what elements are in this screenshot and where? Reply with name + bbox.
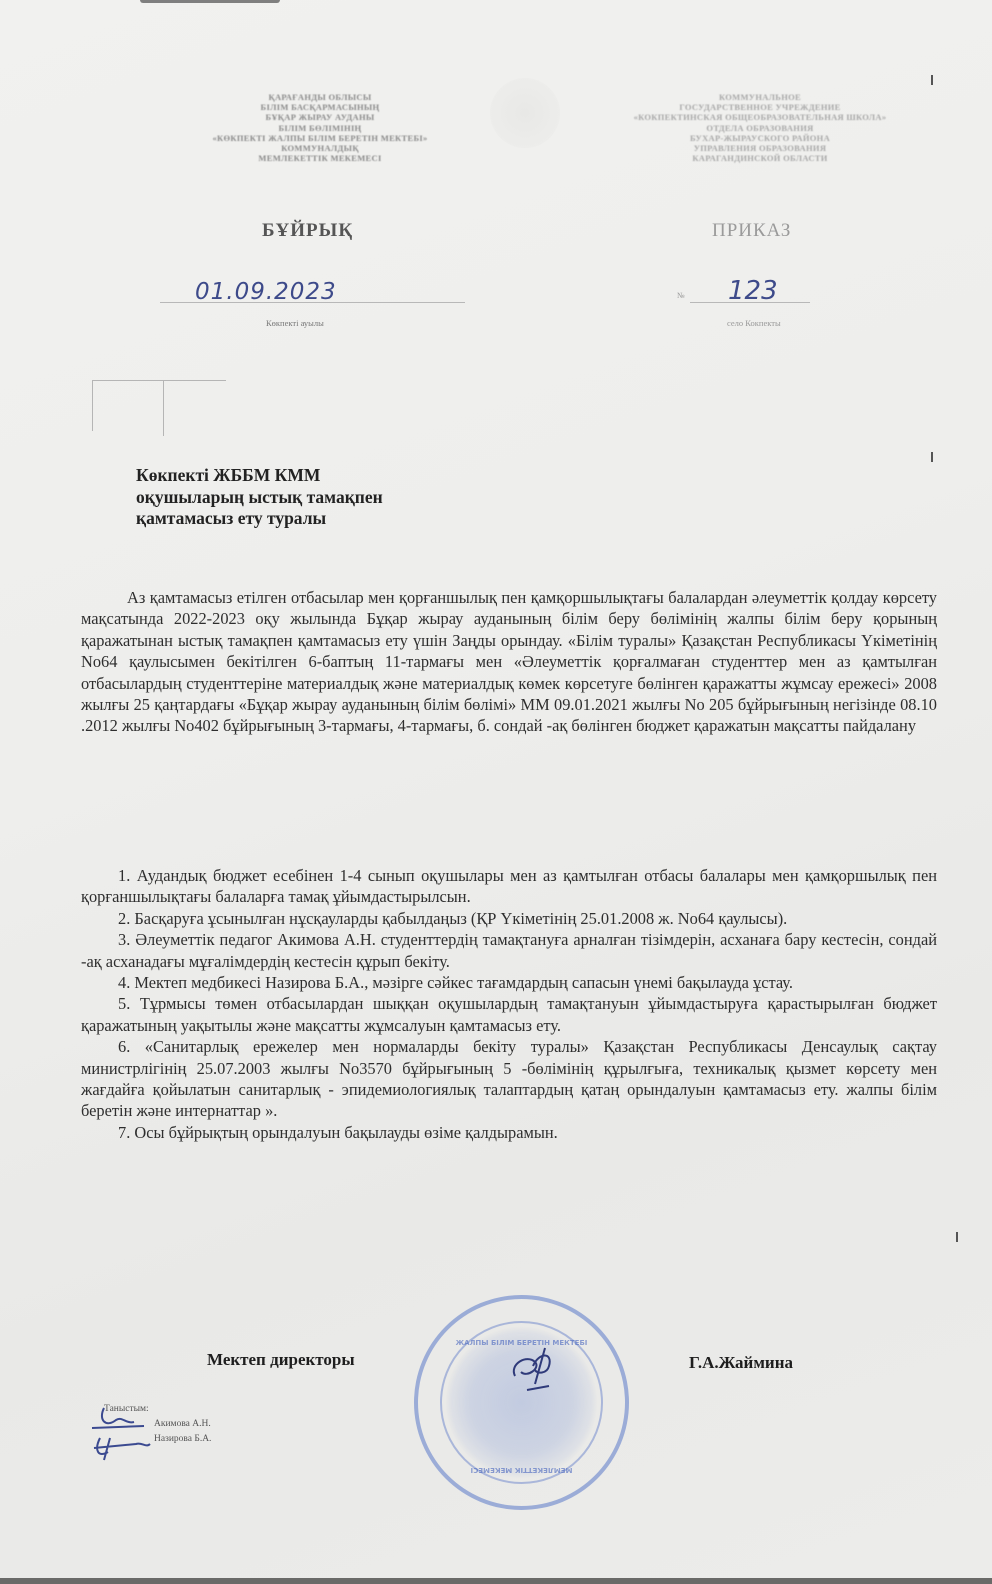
order-items: 1. Аудандық бюджет есебінен 1-4 сынып оқ… xyxy=(81,865,937,1143)
header-line: «КОКПЕКТИНСКАЯ ОБЩЕОБРАЗОВАТЕЛЬНАЯ ШКОЛА… xyxy=(600,112,920,122)
header-line: ГОСУДАРСТВЕННОЕ УЧРЕЖДЕНИЕ xyxy=(600,102,920,112)
corner-mark xyxy=(92,380,163,431)
header-russian: КОММУНАЛЬНОЕ ГОСУДАРСТВЕННОЕ УЧРЕЖДЕНИЕ … xyxy=(600,92,920,163)
header-line: БІЛІМ БАСҚАРМАСЫНЫҢ xyxy=(180,102,460,112)
scan-edge-shadow xyxy=(140,0,280,3)
doc-type-russian: ПРИКАЗ xyxy=(712,220,791,242)
order-item: 3. Әлеуметтік педагог Акимова А.Н. студе… xyxy=(81,929,937,972)
header-line: ОТДЕЛА ОБРАЗОВАНИЯ xyxy=(600,123,920,133)
order-item: 7. Осы бұйрықтың орындалуын бақылауды өз… xyxy=(81,1122,937,1143)
handwritten-number: 123 xyxy=(728,276,778,306)
order-item: 5. Тұрмысы төмен отбасылардан шыққан оқу… xyxy=(81,993,937,1036)
director-signature-icon xyxy=(505,1338,575,1398)
order-item: 4. Мектеп медбикесі Назирова Б.А., мәзір… xyxy=(81,972,937,993)
header-line: «КӨКПЕКТІ ЖАЛПЫ БІЛІМ БЕРЕТІН МЕКТЕБІ» xyxy=(180,133,460,143)
scan-bottom-edge xyxy=(0,1578,992,1584)
order-title: Көкпекті ЖББМ КММ оқушыларың ыстық тамақ… xyxy=(136,465,383,530)
order-item: 6. «Санитарлық ережелер мен нормаларды б… xyxy=(81,1036,937,1122)
preamble: Аз қамтамасыз етілген отбасылар мен қорғ… xyxy=(81,587,937,737)
edge-mark xyxy=(931,75,933,85)
signatory-name: Г.А.Жаймина xyxy=(689,1353,793,1373)
edge-mark xyxy=(931,452,933,462)
header-line: ҚАРАҒАНДЫ ОБЛЫСЫ xyxy=(180,92,460,102)
header-line: УПРАВЛЕНИЯ ОБРАЗОВАНИЯ xyxy=(600,143,920,153)
preamble-text: Аз қамтамасыз етілген отбасылар мен қорғ… xyxy=(81,587,937,737)
header-line: КОММУНАЛЬНОЕ xyxy=(600,92,920,102)
header-line: КОММУНАЛДЫҚ xyxy=(180,143,460,153)
order-item: 1. Аудандық бюджет есебінен 1-4 сынып оқ… xyxy=(81,865,937,908)
official-stamp: ЖАЛПЫ БІЛІМ БЕРЕТІН МЕКТЕБІ МЕМЛЕКЕТТІК … xyxy=(414,1295,629,1510)
title-line: оқушыларың ыстық тамақпен xyxy=(136,487,383,509)
signatory-title: Мектеп директоры xyxy=(207,1350,355,1370)
document-page: ҚАРАҒАНДЫ ОБЛЫСЫ БІЛІМ БАСҚАРМАСЫНЫҢ БҰҚ… xyxy=(0,0,992,1584)
place-kazakh: Көкпекті ауылы xyxy=(266,318,324,328)
doc-type-kazakh: БҰЙРЫҚ xyxy=(262,220,353,242)
corner-mark xyxy=(163,380,226,436)
state-emblem-icon xyxy=(490,78,560,148)
number-sign: № xyxy=(677,291,685,300)
edge-mark xyxy=(956,1232,958,1242)
stamp-text-bottom: МЕМЛЕКЕТТІК МЕКЕМЕСІ xyxy=(418,1466,625,1474)
place-russian: село Кокпекты xyxy=(727,318,781,328)
order-item: 2. Басқаруға ұсынылған нұсқауларды қабыл… xyxy=(81,908,937,929)
title-line: қамтамасыз ету туралы xyxy=(136,508,383,530)
header-line: КАРАГАНДИНСКОЙ ОБЛАСТИ xyxy=(600,153,920,163)
header-line: БУХАР-ЖЫРАУСКОГО РАЙОНА xyxy=(600,133,920,143)
handwritten-date: 01.09.2023 xyxy=(195,279,337,305)
header-kazakh: ҚАРАҒАНДЫ ОБЛЫСЫ БІЛІМ БАСҚАРМАСЫНЫҢ БҰҚ… xyxy=(180,92,460,163)
header-line: БІЛІМ БӨЛІМІНІҢ xyxy=(180,123,460,133)
handwritten-initials-icon xyxy=(86,1398,166,1466)
header-line: МЕМЛЕКЕТТІК МЕКЕМЕСІ xyxy=(180,153,460,163)
header-line: БҰҚАР ЖЫРАУ АУДАНЫ xyxy=(180,112,460,122)
title-line: Көкпекті ЖББМ КММ xyxy=(136,465,383,487)
